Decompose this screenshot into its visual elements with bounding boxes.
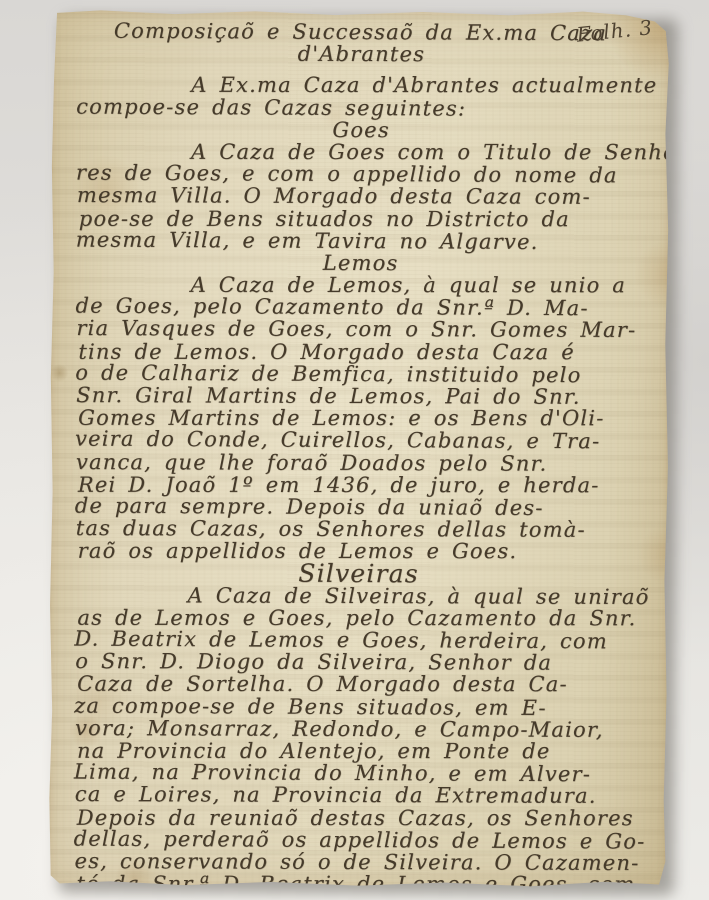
manuscript-line: Lemos — [77, 251, 645, 275]
manuscript-line: o de Calhariz de Bemfica, instituido pel… — [75, 361, 643, 386]
manuscript-line: A Ex.ma Caza d'Abrantes actualmente — [79, 74, 647, 97]
manuscript-line: poe-se de Bens situados no Districto da — [79, 207, 647, 230]
manuscript-line: es, conservando só o de Silveira. O Caza… — [75, 850, 643, 874]
manuscript-line: Depois da reuniaõ destas Cazas, os Senho… — [77, 806, 645, 829]
manuscript-line: Rei D. Joaõ 1º em 1436, de juro, e herda… — [78, 474, 646, 497]
manuscript-line: d'Abrantes — [77, 42, 645, 66]
manuscript-text: Composiçaõ e Successaõ da Ex.ma Cazad'Ab… — [74, 20, 645, 896]
manuscript-line: tas duas Cazas, os Senhores dellas tomà- — [76, 517, 644, 541]
manuscript-line: o Snr. D. Diogo da Silveira, Senhor da — [75, 650, 643, 674]
manuscript-line: compoe-se das Cazas seguintes: — [76, 95, 644, 120]
manuscript-line: mesma Villa, e em Tavira no Algarve. — [76, 228, 644, 253]
manuscript-line: Silveiras — [75, 561, 643, 586]
manuscript-line: vora; Monsarraz, Redondo, e Campo-Maior, — [75, 717, 643, 741]
manuscript-line: mesma Villa. O Morgado desta Caza com- — [77, 184, 645, 208]
manuscript-line: ca e Loires, na Provincia da Extremadura… — [75, 783, 643, 807]
manuscript-line: za compoe-se de Bens situados, em E- — [74, 694, 642, 719]
manuscript-line: Goes — [77, 118, 645, 142]
manuscript-line: as de Lemos e Goes, pelo Cazamento da Sn… — [77, 607, 645, 630]
manuscript-line: A Caza de Goes com o Titulo de Senho- — [79, 141, 647, 164]
manuscript-line: ria Vasques de Goes, com o Snr. Gomes Ma… — [76, 317, 644, 341]
manuscript-page: Folh. 3 Composiçaõ e Successaõ da Ex.ma … — [48, 9, 669, 888]
manuscript-line: D. Beatrix de Lemos e Goes, herdeira, co… — [74, 628, 642, 653]
manuscript-line: Caza de Sortelha. O Morgado desta Ca- — [77, 673, 645, 696]
manuscript-line: de Goes, pelo Cazamento da Snr.ª D. Ma- — [75, 295, 643, 320]
manuscript-line: Lima, na Provincia do Minho, e em Alver- — [74, 761, 642, 786]
manuscript-line: Composiçaõ e Successaõ da Ex.ma Caza — [76, 20, 644, 45]
manuscript-line: res de Goes, e com o appellido do nome d… — [76, 162, 644, 187]
manuscript-line: dellas, perderaõ os appellidos de Lemos … — [74, 827, 642, 852]
manuscript-line: tins de Lemos. O Morgado desta Caza é — [78, 340, 646, 363]
manuscript-line: Snr. Giral Martins de Lemos, Pai do Snr. — [76, 384, 644, 408]
manuscript-line: veira do Conde, Cuirellos, Cabanas, e Tr… — [75, 428, 643, 453]
manuscript-line: vanca, que lhe foraõ Doados pelo Snr. — [76, 451, 644, 475]
manuscript-line: de para sempre. Depois da uniaõ des- — [75, 494, 643, 519]
